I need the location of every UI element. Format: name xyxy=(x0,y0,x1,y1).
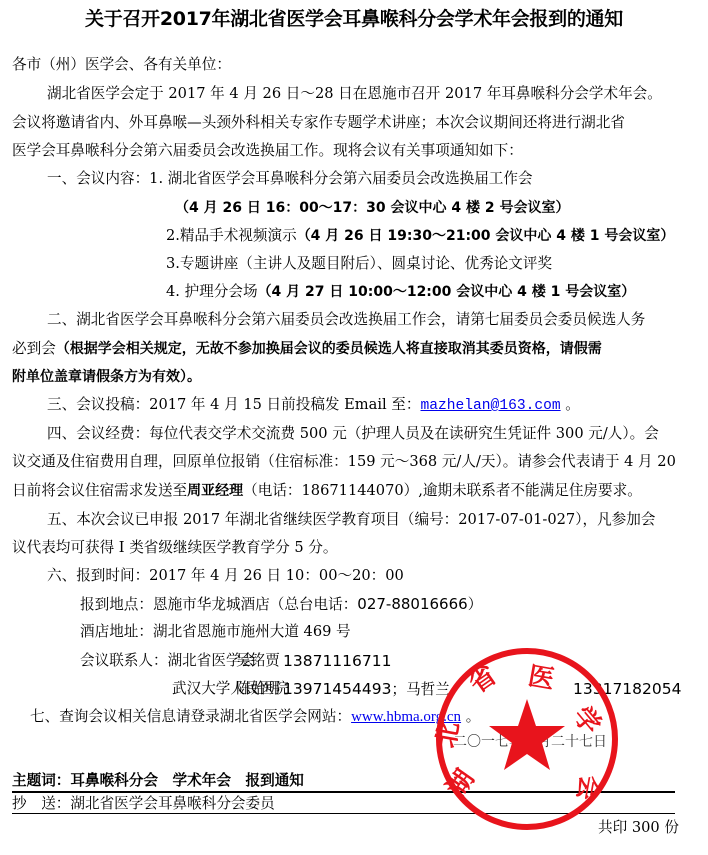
hotel-phone: 027-88016666 xyxy=(357,595,467,613)
place-label: 报到地点：恩施市华龙城酒店（总台电话： xyxy=(80,596,357,613)
section3-line: 三、会议投稿：2017 年 4 月 15 日前投稿发 Email 至：mazhe… xyxy=(47,396,580,415)
section1-item1: 一、会议内容：1. 湖北省医学会耳鼻喉科分会第六届委员会改选换届工作会 xyxy=(47,170,533,188)
section5-line-1: 五、本次会议已申报 2017 年湖北省继续医学教育项目（编号：2017-07-0… xyxy=(47,511,655,529)
section1-item3: 3.专题讲座（主讲人及题目附后）、圆桌讨论、优秀论文评奖 xyxy=(166,255,552,273)
section1-item2: 2.精品手术视频演示（4 月 26 日 19:30～21:00 会议中心 4 楼… xyxy=(166,227,674,245)
intro-line-2: 会议将邀请省内、外耳鼻喉—头颈外科相关专家作专题学术讲座；本次会议期间还将进行湖… xyxy=(12,114,625,132)
section4-line3-post: （电话：18671144070）,逾期未联系者不能满足住房要求。 xyxy=(243,482,642,499)
intro-line-1: 湖北省医学会定于 2017 年 4 月 26 日～28 日在恩施市召开 2017… xyxy=(47,85,662,103)
hotel-manager-name: 周亚经理 xyxy=(187,483,243,499)
contact3-phone: 13317182054 xyxy=(573,680,681,698)
contact2-phone-number: 13971454493 xyxy=(283,680,391,698)
section7-text: 七、查询会议相关信息请登录湖北省医学会网站： xyxy=(30,708,351,725)
contact1-name: 吴铭贾 xyxy=(236,652,280,670)
section2-line2-plain: 必到会 xyxy=(12,340,56,357)
keywords-divider xyxy=(12,791,675,793)
section5-line-2: 议代表均可获得 I 类省级继续医学教育学分 5 分。 xyxy=(12,539,337,557)
cc-divider xyxy=(12,813,675,814)
stamp-char-6: 会 xyxy=(571,773,605,804)
registration-place: 报到地点：恩施市华龙城酒店（总台电话：027-88016666） xyxy=(80,595,482,614)
section7-line: 七、查询会议相关信息请登录湖北省医学会网站：www.hbma.org.cn 。 xyxy=(30,708,480,726)
section1-item2-text: 2.精品手术视频演示 xyxy=(166,227,297,244)
section3-end: 。 xyxy=(561,396,580,413)
issue-date: 二〇一七年三月二十七日 xyxy=(453,733,607,751)
section2-line-1: 二、湖北省医学会耳鼻喉科分会第六届委员会改选换届工作会，请第七届委员会委员候选人… xyxy=(47,311,645,329)
stamp-char-4: 医 xyxy=(526,661,557,695)
section2-line-2: 必到会（根据学会相关规定，无故不参加换届会议的委员候选人将直接取消其委员资格，请… xyxy=(12,340,602,358)
stamp-char-3: 省 xyxy=(464,660,503,699)
section1-item1-time: （4 月 26 日 16：00～17：30 会议中心 4 楼 2 号会议室） xyxy=(175,199,570,217)
registration-time: 六、报到时间：2017 年 4 月 26 日 10：00～20：00 xyxy=(47,567,404,585)
section4-line-1: 四、会议经费：每位代表交学术交流费 500 元（护理人员及在读研究生凭证件 30… xyxy=(47,425,659,443)
section2-line-3: 附单位盖章请假条方为有效）。 xyxy=(12,368,201,386)
document-title: 关于召开2017年湖北省医学会耳鼻喉科分会学术年会报到的通知 xyxy=(0,4,708,31)
section2-line2-bold: （根据学会相关规定，无故不参加换届会议的委员候选人将直接取消其委员资格，请假需 xyxy=(56,341,602,357)
cc-line: 抄 送：湖北省医学会耳鼻喉科分会委员 xyxy=(12,795,275,813)
contact2-name: 陈始明 xyxy=(236,680,280,698)
hotel-address: 酒店地址：湖北省恩施市施州大道 469 号 xyxy=(80,623,351,641)
section4-line3-pre: 日前将会议住宿需求发送至 xyxy=(12,482,187,499)
email-link[interactable]: mazhelan@163.com xyxy=(421,398,561,414)
section3-text: 三、会议投稿：2017 年 4 月 15 日前投稿发 Email 至： xyxy=(47,396,421,413)
place-end: ） xyxy=(468,596,483,613)
section7-end: 。 xyxy=(461,708,480,725)
section4-line-2: 议交通及住宿费用自理，回原单位报销（住宿标准：159 元～368 元/人/天）。… xyxy=(12,453,676,471)
website-link[interactable]: www.hbma.org.cn xyxy=(351,709,461,725)
notice-document: 关于召开2017年湖北省医学会耳鼻喉科分会学术年会报到的通知 各市（州）医学会、… xyxy=(0,0,708,855)
contact2-phone: 13971454493；马哲兰 xyxy=(283,680,450,699)
contact-label: 会议联系人：湖北省医学会 xyxy=(80,652,255,669)
section1-label: 一、会议内容： xyxy=(47,170,149,187)
salutation: 各市（州）医学会、各有关单位： xyxy=(12,56,231,74)
print-count: 共印 300 份 xyxy=(598,819,679,837)
intro-line-3: 医学会耳鼻喉科分会第六届委员会改选换届工作。现将会议有关事项通知如下： xyxy=(12,142,523,160)
contact3-name: ；马哲兰 xyxy=(391,681,449,698)
keywords: 主题词：耳鼻喉科分会 学术年会 报到通知 xyxy=(12,772,304,790)
stamp-char-1: 湖 xyxy=(441,764,480,803)
contact1-phone: 13871116711 xyxy=(283,652,391,670)
section4-line-3: 日前将会议住宿需求发送至周亚经理（电话：18671144070）,逾期未联系者不… xyxy=(12,482,642,500)
section1-item2-time: （4 月 26 日 19:30～21:00 会议中心 4 楼 1 号会议室） xyxy=(297,228,675,244)
section1-item1-text: 1. 湖北省医学会耳鼻喉科分会第六届委员会改选换届工作会 xyxy=(149,170,532,187)
section1-item4-time: （4 月 27 日 10:00～12:00 会议中心 4 楼 1 号会议室） xyxy=(258,284,636,300)
contact-line-1: 会议联系人：湖北省医学会 xyxy=(80,652,255,670)
section1-item4: 4. 护理分会场（4 月 27 日 10:00～12:00 会议中心 4 楼 1… xyxy=(166,283,635,301)
section1-item4-text: 4. 护理分会场 xyxy=(166,283,258,300)
